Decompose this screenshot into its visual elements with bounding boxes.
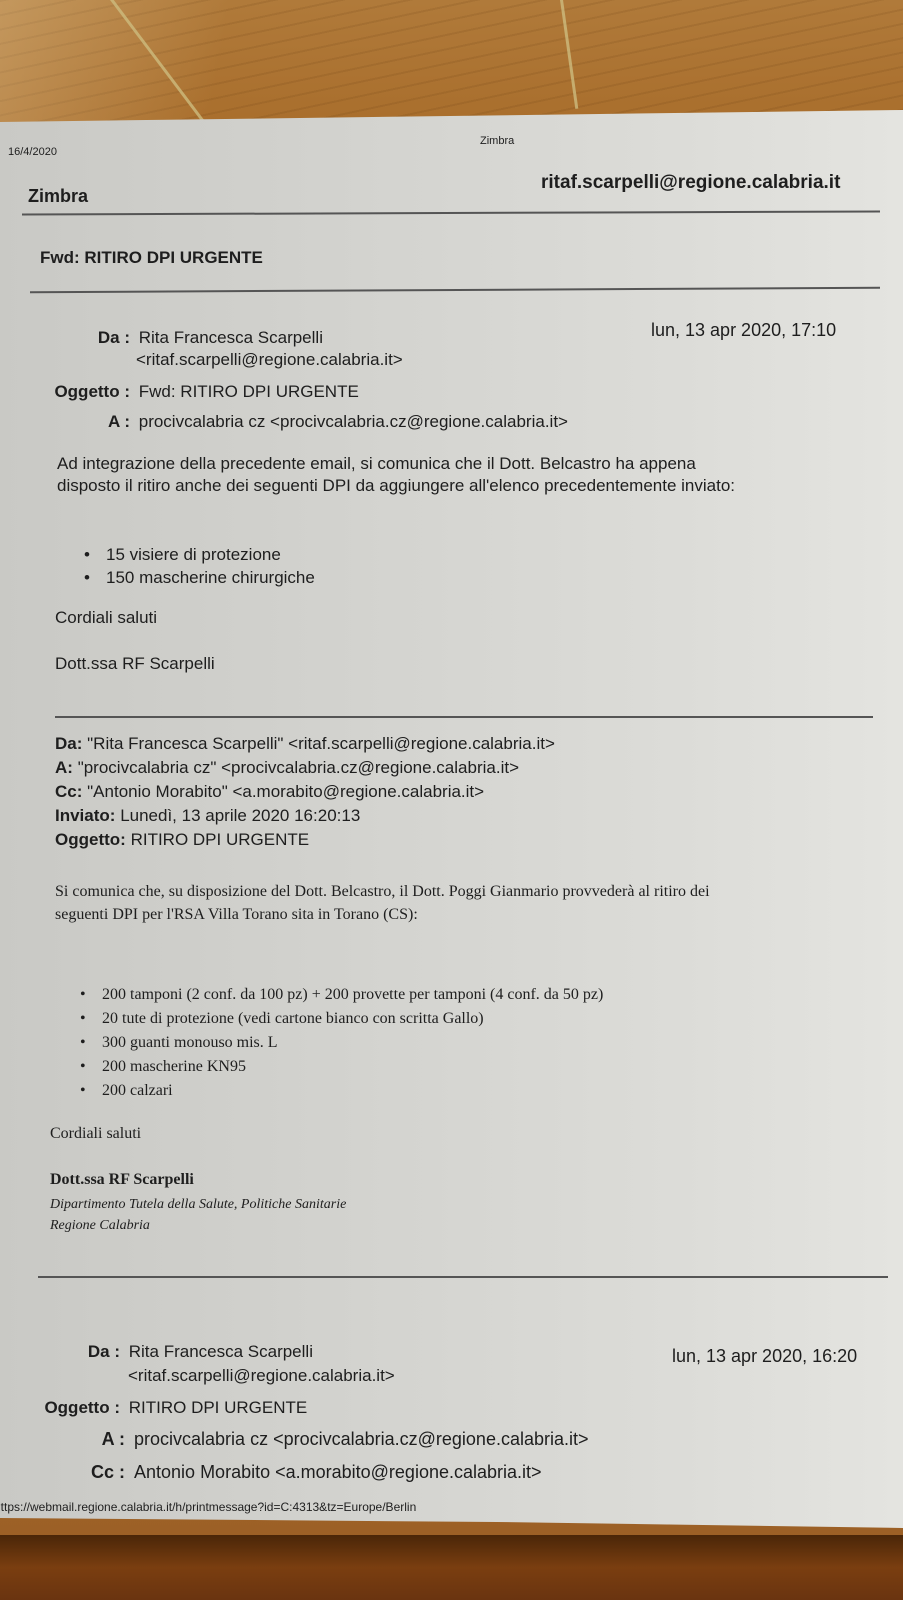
message1-subject-row: Oggetto : Fwd: RITIRO DPI URGENTE (0, 382, 359, 402)
body-line: disposto il ritiro anche dei seguenti DP… (57, 475, 735, 497)
forwarded-subject-row: Oggetto: RITIRO DPI URGENTE (55, 828, 555, 852)
message1-signature: Dott.ssa RF Scarpelli (55, 654, 215, 674)
footer-url[interactable]: https://webmail.regione.calabria.it/h/pr… (0, 1500, 416, 1514)
subject-value: RITIRO DPI URGENTE (131, 830, 310, 849)
to-value: "procivcalabria cz" <procivcalabria.cz@r… (78, 758, 519, 777)
sent-label: Inviato: (55, 806, 115, 825)
forwarded-to-row: A: "procivcalabria cz" <procivcalabria.c… (55, 756, 555, 780)
from-value: "Rita Francesca Scarpelli" <ritaf.scarpe… (87, 734, 555, 753)
wood-desk-background-top (0, 0, 903, 125)
wood-crack (560, 0, 578, 109)
message2-date: lun, 13 apr 2020, 16:20 (672, 1346, 857, 1367)
forwarded-header: Da: "Rita Francesca Scarpelli" <ritaf.sc… (55, 732, 555, 852)
cc-value[interactable]: Antonio Morabito <a.morabito@regione.cal… (134, 1462, 542, 1482)
message2-from-row: Da : Rita Francesca Scarpelli (0, 1342, 313, 1362)
forwarded-signature-name: Dott.ssa RF Scarpelli (50, 1171, 194, 1189)
message-title: Fwd: RITIRO DPI URGENTE (40, 248, 263, 268)
signature-department: Dipartimento Tutela della Salute, Politi… (50, 1194, 346, 1215)
forwarded-closing: Cordiali saluti (50, 1125, 141, 1143)
from-name: Rita Francesca Scarpelli (129, 1342, 313, 1361)
forwarded-from-row: Da: "Rita Francesca Scarpelli" <ritaf.sc… (55, 732, 555, 756)
message2-subject-row: Oggetto : RITIRO DPI URGENTE (0, 1398, 307, 1418)
body-line: Ad integrazione della precedente email, … (57, 453, 735, 475)
subject-label: Oggetto : (0, 1398, 120, 1418)
list-item: 20 tute di protezione (vedi cartone bian… (80, 1007, 603, 1031)
list-item: 200 calzari (80, 1079, 603, 1103)
list-item: 150 mascherine chirurgiche (84, 566, 315, 589)
wood-desk-background-bottom (0, 1535, 903, 1600)
from-label: Da : (0, 328, 130, 348)
from-label: Da: (55, 734, 82, 753)
forwarded-cc-row: Cc: "Antonio Morabito" <a.morabito@regio… (55, 780, 555, 804)
message-divider (38, 1276, 888, 1278)
to-label: A : (0, 412, 130, 432)
print-date: 16/4/2020 (8, 146, 57, 158)
print-center-title: Zimbra (480, 135, 514, 147)
sent-value: Lunedì, 13 aprile 2020 16:20:13 (120, 806, 360, 825)
message1-item-list: 15 visiere di protezione 150 mascherine … (84, 543, 315, 589)
forwarded-item-list: 200 tamponi (2 conf. da 100 pz) + 200 pr… (80, 983, 603, 1103)
forward-divider (55, 716, 873, 718)
message1-closing: Cordiali saluti (55, 608, 157, 628)
message2-to-row: A : procivcalabria cz <procivcalabria.cz… (0, 1429, 589, 1450)
from-label: Da : (0, 1342, 120, 1362)
signature-organization: Regione Calabria (50, 1215, 346, 1236)
forwarded-body: Si comunica che, su disposizione del Dot… (55, 880, 710, 926)
subject-label: Oggetto : (0, 382, 130, 402)
forwarded-signature-block: Dipartimento Tutela della Salute, Politi… (50, 1194, 346, 1236)
to-label: A : (0, 1429, 125, 1450)
account-email: ritaf.scarpelli@regione.calabria.it (541, 172, 840, 194)
list-item: 15 visiere di protezione (84, 543, 315, 566)
body-line: seguenti DPI per l'RSA Villa Torano sita… (55, 903, 710, 926)
app-name: Zimbra (28, 186, 88, 207)
message1-body: Ad integrazione della precedente email, … (57, 453, 735, 497)
list-item: 300 guanti monouso mis. L (80, 1031, 603, 1055)
forwarded-sent-row: Inviato: Lunedì, 13 aprile 2020 16:20:13 (55, 804, 555, 828)
to-label: A: (55, 758, 73, 777)
cc-label: Cc : (0, 1462, 125, 1483)
message2-cc-row: Cc : Antonio Morabito <a.morabito@region… (0, 1462, 542, 1483)
body-line: Si comunica che, su disposizione del Dot… (55, 880, 710, 903)
from-email[interactable]: <ritaf.scarpelli@regione.calabria.it> (136, 350, 403, 370)
cc-value: "Antonio Morabito" <a.morabito@regione.c… (87, 782, 484, 801)
from-name: Rita Francesca Scarpelli (139, 328, 323, 347)
from-email[interactable]: <ritaf.scarpelli@regione.calabria.it> (128, 1366, 395, 1386)
message1-from-row: Da : Rita Francesca Scarpelli (0, 328, 323, 348)
list-item: 200 mascherine KN95 (80, 1055, 603, 1079)
subject-value: Fwd: RITIRO DPI URGENTE (139, 382, 359, 401)
message1-date: lun, 13 apr 2020, 17:10 (651, 320, 836, 341)
cc-label: Cc: (55, 782, 82, 801)
to-value[interactable]: procivcalabria cz <procivcalabria.cz@reg… (139, 412, 568, 431)
subject-value: RITIRO DPI URGENTE (129, 1398, 308, 1417)
message1-to-row: A : procivcalabria cz <procivcalabria.cz… (0, 412, 568, 432)
list-item: 200 tamponi (2 conf. da 100 pz) + 200 pr… (80, 983, 603, 1007)
subject-label: Oggetto: (55, 830, 126, 849)
to-value[interactable]: procivcalabria cz <procivcalabria.cz@reg… (134, 1429, 588, 1449)
